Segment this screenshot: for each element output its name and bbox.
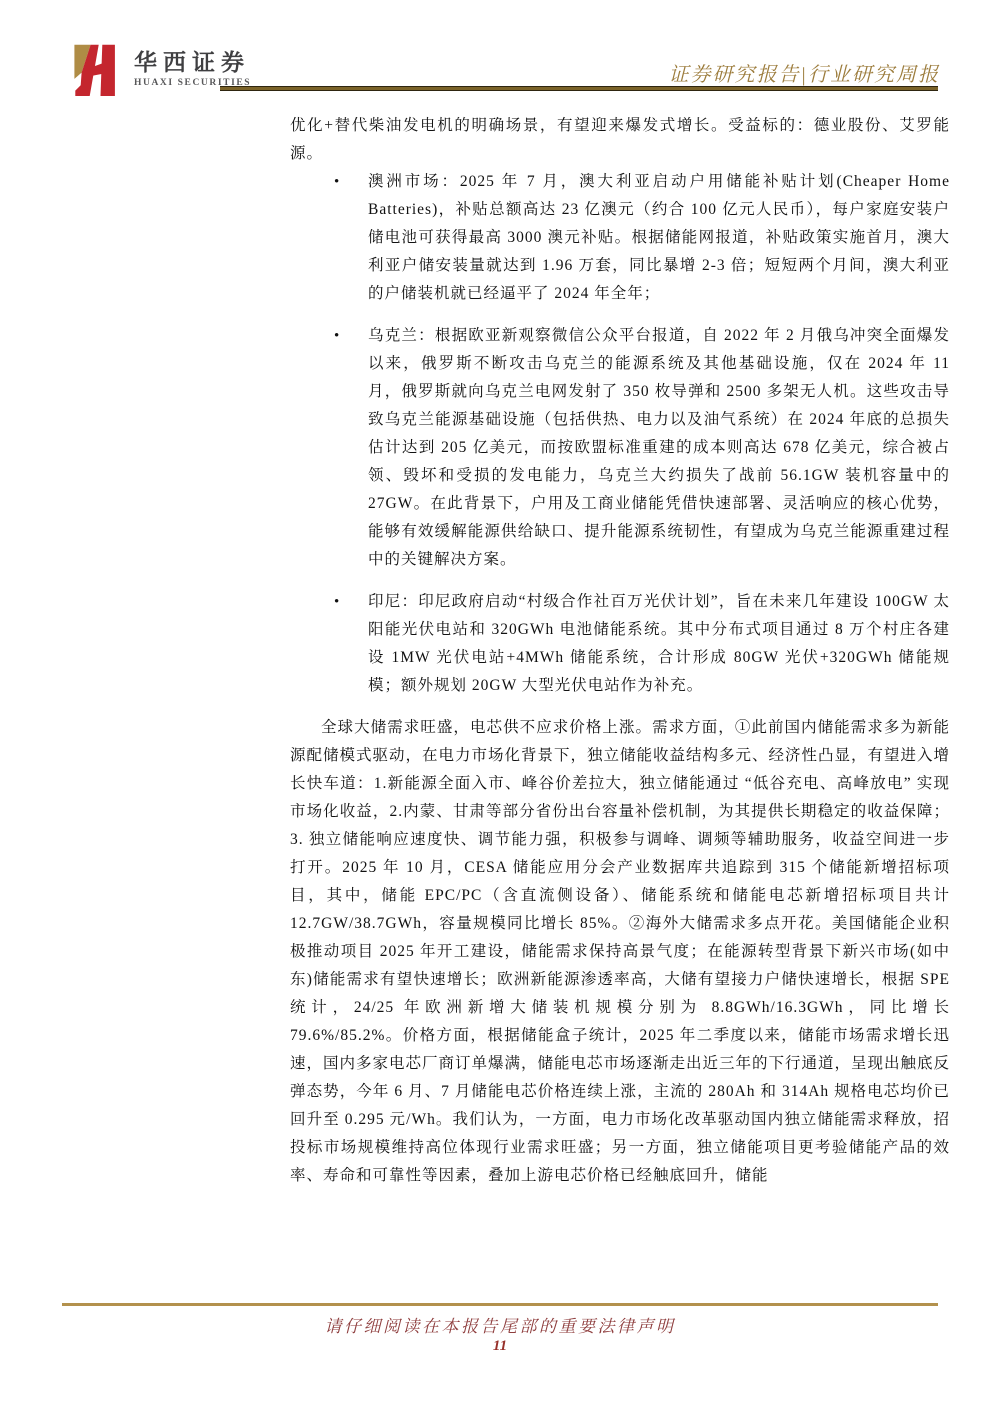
huaxi-logo-icon (70, 42, 122, 96)
bullet-item-indonesia: • 印尼：印尼政府启动“村级合作社百万光伏计划”，旨在未来几年建设 100GW … (290, 588, 950, 700)
bullet-icon: • (334, 588, 340, 616)
bullet-item-australia: • 澳洲市场：2025 年 7 月，澳大利亚启动户用储能补贴计划(Cheaper… (290, 168, 950, 308)
report-page: 华西证券 HUAXI SECURITIES 证券研究报告|行业研究周报 优化+替… (0, 0, 1000, 1414)
analysis-paragraph: 全球大储需求旺盛，电芯供不应求价格上涨。需求方面，①此前国内储能需求多为新能源配… (290, 714, 950, 1190)
legal-disclaimer: 请仔细阅读在本报告尾部的重要法律声明 (0, 1312, 1000, 1337)
bullet-text: 乌克兰：根据欧亚新观察微信公众平台报道，自 2022 年 2 月俄乌冲突全面爆发… (368, 327, 950, 568)
logo-name-cn: 华西证券 (134, 50, 251, 76)
report-type-label: 证券研究报告|行业研究周报 (669, 58, 941, 87)
bullet-text: 印尼：印尼政府启动“村级合作社百万光伏计划”，旨在未来几年建设 100GW 太阳… (368, 593, 950, 694)
logo-text: 华西证券 HUAXI SECURITIES (134, 50, 251, 88)
bullet-icon: • (334, 168, 340, 196)
report-body: 优化+替代柴油发电机的明确场景，有望迎来爆发式增长。受益标的：德业股份、艾罗能源… (290, 112, 950, 1190)
bullet-list: • 澳洲市场：2025 年 7 月，澳大利亚启动户用储能补贴计划(Cheaper… (290, 168, 950, 700)
header-rule (220, 86, 938, 91)
footer-rule (62, 1303, 938, 1306)
bullet-icon: • (334, 322, 340, 350)
intro-paragraph: 优化+替代柴油发电机的明确场景，有望迎来爆发式增长。受益标的：德业股份、艾罗能源… (290, 112, 950, 168)
bullet-item-ukraine: • 乌克兰：根据欧亚新观察微信公众平台报道，自 2022 年 2 月俄乌冲突全面… (290, 322, 950, 574)
page-number: 11 (0, 1338, 1000, 1355)
bullet-text: 澳洲市场：2025 年 7 月，澳大利亚启动户用储能补贴计划(Cheaper H… (368, 173, 950, 302)
